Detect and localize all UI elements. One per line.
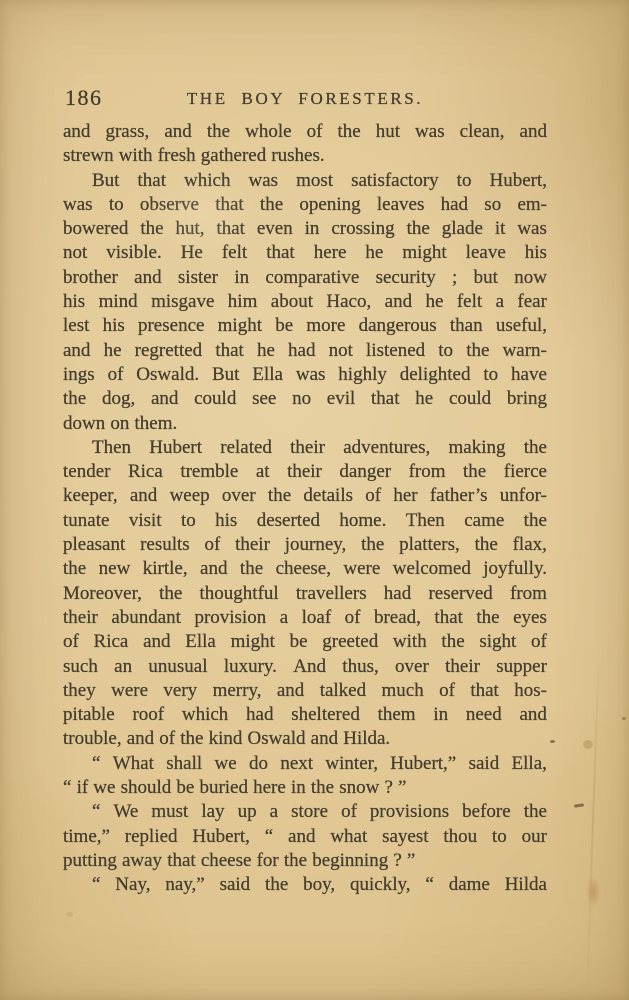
- text-line: wastoobservethattheopeningleaveshadsoem-: [63, 193, 547, 217]
- text-line: ofRicaandEllamightbegreetedwiththesighto…: [63, 630, 547, 654]
- text-line: “Wemustlayupastoreofprovisionsbeforethe: [63, 800, 547, 824]
- text-line: keeper,andweepoverthedetailsofherfather’…: [63, 484, 547, 508]
- text-line: trouble,andofthekindOswaldandHilda.: [63, 727, 547, 751]
- text-line: theirabundantprovisionaloafofbread,thatt…: [63, 606, 547, 630]
- page-header: 186 THE BOY FORESTERS.: [63, 85, 547, 111]
- text-line: strewnwithfreshgatheredrushes.: [63, 144, 547, 168]
- paper-crease: [586, 640, 601, 1000]
- text-line: ingsofOswald.ButEllawashighlydelightedto…: [63, 363, 547, 387]
- text-line: boweredthehut,thatevenincrossingtheglade…: [63, 217, 547, 241]
- text-line: “Nay,nay,”saidtheboy,quickly,“dameHilda: [63, 873, 547, 897]
- text-line: time,”repliedHubert,“andwhatsayestthouto…: [63, 825, 547, 849]
- text-line: Moreover,thethoughtfultravellershadreser…: [63, 582, 547, 606]
- paper-speck: [574, 803, 584, 807]
- paper-stain: [586, 876, 601, 908]
- text-line: downonthem.: [63, 412, 547, 436]
- text-line: andgrass,andthewholeofthehutwasclean,and: [63, 120, 547, 144]
- text-line: “ifweshouldbeburiedhereinthesnow?”: [63, 776, 547, 800]
- book-page-scan: 186 THE BOY FORESTERS. andgrass,andthewh…: [0, 0, 629, 1000]
- running-title: THE BOY FORESTERS.: [63, 89, 547, 109]
- text-line: pleasantresultsoftheirjourney,theplatter…: [63, 533, 547, 557]
- text-line: pitableroofwhichhadshelteredtheminneedan…: [63, 703, 547, 727]
- text-line: thenewkirtle,andthecheese,werewelcomedjo…: [63, 557, 547, 581]
- text-line: tunatevisittohisdesertedhome.Thencamethe: [63, 509, 547, 533]
- text-line: ThenHubertrelatedtheiradventures,makingt…: [63, 436, 547, 460]
- text-line: notvisible.Hefeltthatherehemightleavehis: [63, 241, 547, 265]
- text-line: thedog,andcouldseenoevilthathecouldbring: [63, 387, 547, 411]
- text-line: puttingawaythatcheeseforthebeginning?”: [63, 849, 547, 873]
- text-line: tenderRicatrembleattheirdangerfromthefie…: [63, 460, 547, 484]
- text-line: “Whatshallwedonextwinter,Hubert,”saidEll…: [63, 752, 547, 776]
- text-line: hismindmisgavehimaboutHaco,andhefeltafea…: [63, 290, 547, 314]
- paper-speck: [583, 740, 593, 749]
- paper-speck: [66, 912, 73, 917]
- text-line: lesthispresencemightbemoredangerousthanu…: [63, 314, 547, 338]
- paper-speck: [622, 717, 626, 720]
- text-line: suchanunusualluxury.Andthus,overtheirsup…: [63, 655, 547, 679]
- text-line: theywereverymerry,andtalkedmuchofthathos…: [63, 679, 547, 703]
- text-line: andheregrettedthathehadnotlistenedtothew…: [63, 339, 547, 363]
- body-text: andgrass,andthewholeofthehutwasclean,and…: [63, 120, 547, 898]
- text-line: ButthatwhichwasmostsatisfactorytoHubert,: [63, 169, 547, 193]
- paper-speck: [550, 740, 555, 743]
- text-line: brotherandsisterincomparativesecurity;bu…: [63, 266, 547, 290]
